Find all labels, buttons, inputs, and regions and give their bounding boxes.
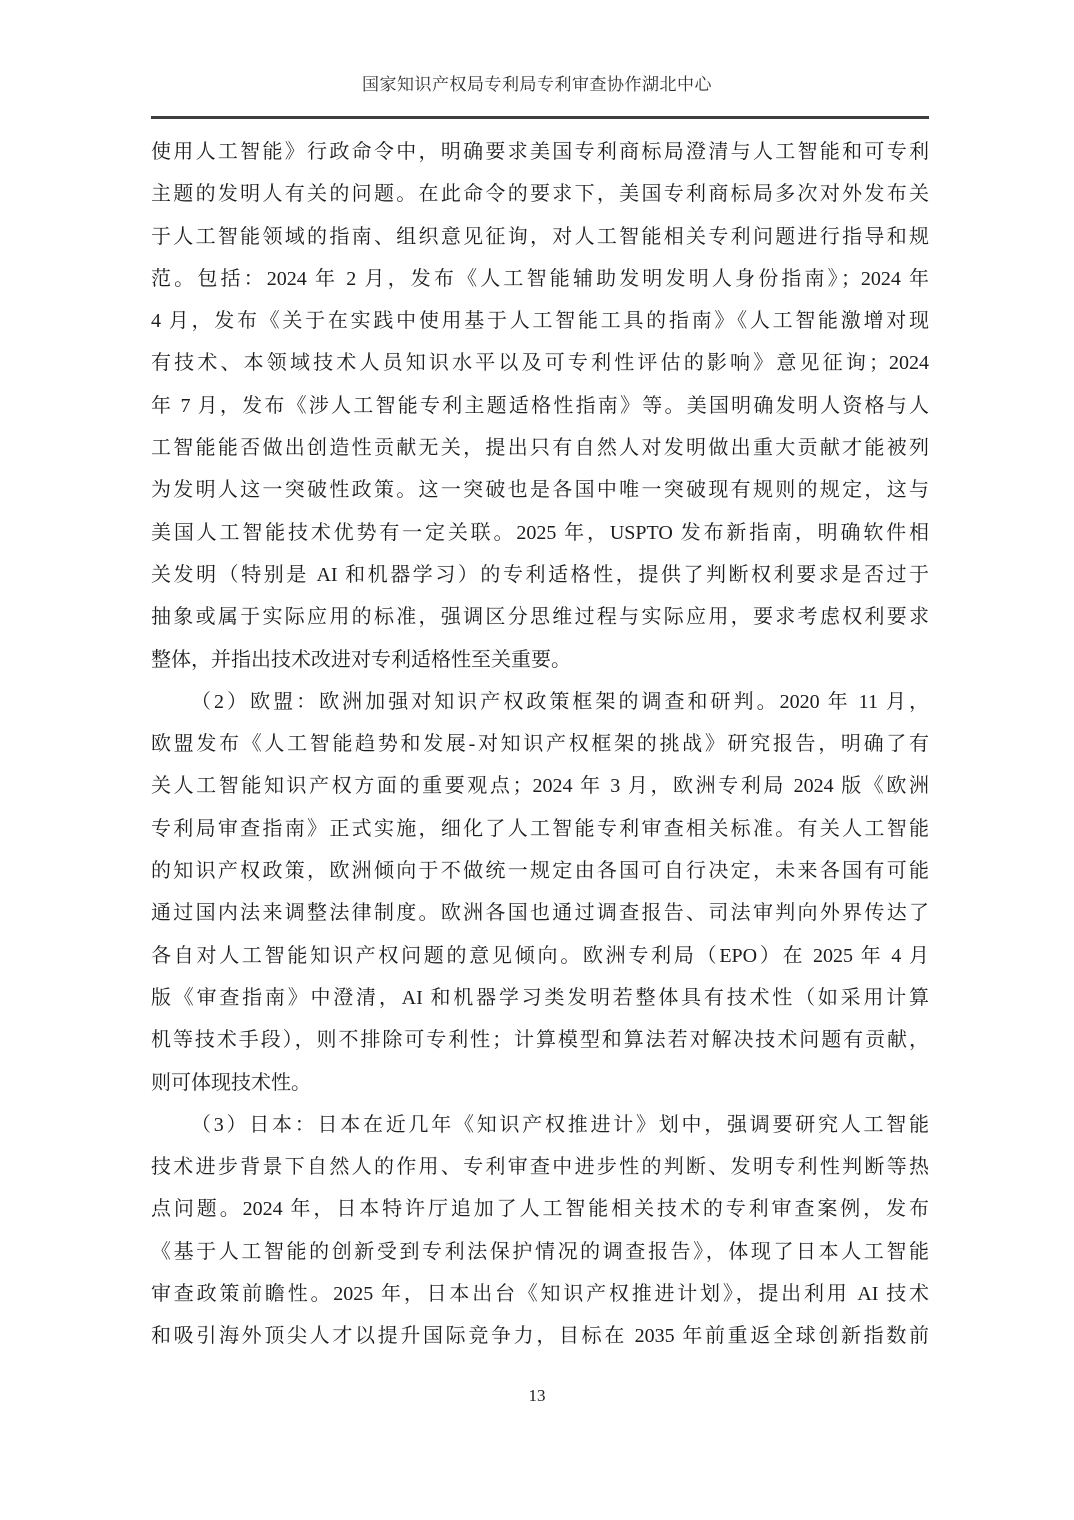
text-line: 为发明人这一突破性政策。这一突破也是各国中唯一突破现有规则的规定，这与 bbox=[151, 469, 929, 511]
page-number: 13 bbox=[0, 1386, 1074, 1406]
text-line: 使用人工智能》行政命令中，明确要求美国专利商标局澄清与人工智能和可专利 bbox=[151, 131, 929, 173]
text-line: 的知识产权政策，欧洲倾向于不做统一规定由各国可自行决定，未来各国有可能 bbox=[151, 850, 929, 892]
text-line: （3）日本：日本在近几年《知识产权推进计》划中，强调要研究人工智能 bbox=[151, 1104, 929, 1146]
text-line: 4 月，发布《关于在实践中使用基于人工智能工具的指南》《人工智能激增对现 bbox=[151, 300, 929, 342]
text-line: 主题的发明人有关的问题。在此命令的要求下，美国专利商标局多次对外发布关 bbox=[151, 173, 929, 215]
text-line: 则可体现技术性。 bbox=[151, 1062, 929, 1104]
text-line: 有技术、本领域技术人员知识水平以及可专利性评估的影响》意见征询；2024 bbox=[151, 342, 929, 384]
text-line: 版《审查指南》中澄清，AI 和机器学习类发明若整体具有技术性（如采用计算 bbox=[151, 977, 929, 1019]
text-line: 和吸引海外顶尖人才以提升国际竞争力，目标在 2035 年前重返全球创新指数前 bbox=[151, 1315, 929, 1357]
text-line: 通过国内法来调整法律制度。欧洲各国也通过调查报告、司法审判向外界传达了 bbox=[151, 892, 929, 934]
text-line: 抽象或属于实际应用的标准，强调区分思维过程与实际应用，要求考虑权利要求 bbox=[151, 596, 929, 638]
text-line: 欧盟发布《人工智能趋势和发展-对知识产权框架的挑战》研究报告，明确了有 bbox=[151, 723, 929, 765]
text-line: 点问题。2024 年，日本特许厅追加了人工智能相关技术的专利审查案例，发布 bbox=[151, 1188, 929, 1230]
text-line: 技术进步背景下自然人的作用、专利审查中进步性的判断、发明专利性判断等热 bbox=[151, 1146, 929, 1188]
text-line: （2）欧盟：欧洲加强对知识产权政策框架的调查和研判。2020 年 11 月， bbox=[151, 681, 929, 723]
text-line: 范。包括：2024 年 2 月，发布《人工智能辅助发明发明人身份指南》；2024… bbox=[151, 258, 929, 300]
text-line: 工智能能否做出创造性贡献无关，提出只有自然人对发明做出重大贡献才能被列 bbox=[151, 427, 929, 469]
text-line: 美国人工智能技术优势有一定关联。2025 年，USPTO 发布新指南，明确软件相 bbox=[151, 512, 929, 554]
text-line: 整体，并指出技术改进对专利适格性至关重要。 bbox=[151, 639, 929, 681]
text-line: 各自对人工智能知识产权问题的意见倾向。欧洲专利局（EPO）在 2025 年 4 … bbox=[151, 935, 929, 977]
document-page: 国家知识产权局专利局专利审查协作湖北中心 使用人工智能》行政命令中，明确要求美国… bbox=[0, 0, 1074, 1520]
document-body: 使用人工智能》行政命令中，明确要求美国专利商标局澄清与人工智能和可专利主题的发明… bbox=[151, 131, 929, 1358]
text-line: 于人工智能领域的指南、组织意见征询，对人工智能相关专利问题进行指导和规 bbox=[151, 216, 929, 258]
text-line: 审查政策前瞻性。2025 年，日本出台《知识产权推进计划》，提出利用 AI 技术 bbox=[151, 1273, 929, 1315]
text-line: 关发明（特别是 AI 和机器学习）的专利适格性，提供了判断权利要求是否过于 bbox=[151, 554, 929, 596]
text-line: 年 7 月，发布《涉人工智能专利主题适格性指南》等。美国明确发明人资格与人 bbox=[151, 385, 929, 427]
text-line: 《基于人工智能的创新受到专利法保护情况的调查报告》，体现了日本人工智能 bbox=[151, 1231, 929, 1273]
text-line: 关人工智能知识产权方面的重要观点；2024 年 3 月，欧洲专利局 2024 版… bbox=[151, 765, 929, 807]
text-line: 专利局审查指南》正式实施，细化了人工智能专利审查相关标准。有关人工智能 bbox=[151, 808, 929, 850]
header-rule bbox=[151, 116, 929, 119]
page-header-title: 国家知识产权局专利局专利审查协作湖北中心 bbox=[0, 70, 1074, 95]
text-line: 机等技术手段），则不排除可专利性；计算模型和算法若对解决技术问题有贡献， bbox=[151, 1019, 929, 1061]
